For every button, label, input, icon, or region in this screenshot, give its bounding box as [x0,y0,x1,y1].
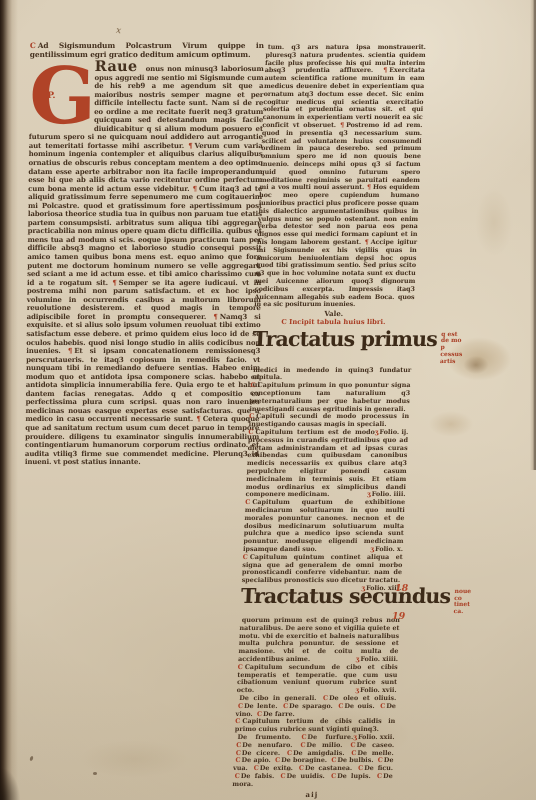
right-column: tum. q3 ars natura ipsa monstrauerit. pl… [232,44,426,799]
rubric-item: CDe nenufaro. [234,741,299,749]
rubric-item: CDe fabis. [233,772,279,780]
toc-entry: quorum primum est de quinq3 rebus non na… [238,617,400,664]
paragraph-chunk: ¶Exercitata autem scientifica ratione mu… [262,66,425,129]
rubric-item-text: De fabis. [241,772,275,780]
side-note-line: q est de mo p [440,331,461,352]
left-column: CAd Sigismundum Polcastrum Virum quippe … [25,41,264,467]
folio-number: Folio. ij. [379,428,408,436]
rubric-item: CDe apio. [233,756,273,764]
rubric-item: CDe farre. [255,710,295,718]
tractatus-side-note: q est de mo pcessus artis [440,329,464,366]
side-note-line: tinet ca. [453,601,470,615]
folio-number: Folio. xxii. [358,733,395,741]
folio-number: Folio. xiiii. [360,655,398,663]
tractatus-title: Tractatus secundus [240,586,450,606]
rubric-item-text: De apio. [241,756,271,764]
rubric-item-text: De bulbis. [337,756,373,764]
rubric-item: CDe castanea. [297,764,357,772]
rubric-item: CDe milio. [298,741,348,749]
rubric-item-text: De amigdalis. [293,749,345,757]
rubric-item: CDe boragine. [273,756,330,764]
toc-entry-text: quorum primum est de quinq3 rebus non na… [238,616,400,663]
marginal-folio-number: 19 [392,611,405,622]
side-note-line: noue co [454,588,471,602]
toc-entry-text: Capitulum quintum continet aliqua et sig… [241,553,402,584]
tractatus-side-note: noue cotinet ca. [453,586,471,616]
toc-entry: CCapitulum primum in quo ponuntur signa … [249,382,410,413]
paragraph-text: Exercitata autem scientifica ratione mun… [262,66,425,129]
guide-letter: P. [47,92,55,101]
parchment-stain [468,175,520,270]
rubric-item: CDe lente. [236,702,281,710]
rubric-item-text: De milio. [306,741,342,749]
parchment-stain [58,733,210,785]
rubric-item: CDe sparago. [281,702,337,710]
toc-tractatus-2b: CCapitulum tertium de cibis calidis in p… [235,718,396,734]
toc-entry-text: Capitulum tertium est de modo processus … [245,428,408,498]
rubric-item-text: De oleo et oliuis. [329,694,397,702]
rubric-item: De frumento. [234,733,299,741]
toc-entry: CCapitulum tertium de cibis calidis in p… [235,718,396,734]
rubric-item-text: De nenufaro. [242,741,293,749]
parchment-stain [458,352,494,378]
folio-number: Folio. iiii. [372,490,406,498]
toc-entry: CCapituli secundi de modo processus in i… [249,413,410,429]
capitulum-mark: C [281,318,287,326]
paragraph-chunk: ¶Et si ipsam concatenationem remissiones… [25,346,260,423]
rubric-item: CDe cicere. [234,749,286,757]
rubric-item: CDe amigdalis. [285,749,350,757]
paragraph-text: Postremo id ad rem. quod in presentia q3… [259,121,422,191]
toc-tractatus-2: quorum primum est de quinq3 rebus non na… [236,617,400,695]
toc-entry-text: Capituli secundi de modo processus in in… [249,412,410,428]
paragraph-text: Cum itaq3 ad te aliquid gratissimum ferr… [27,184,262,287]
ink-speck [29,756,34,762]
rubric-item-text: De boragine. [281,756,327,764]
tractatus-secundus-heading: Tractatus secundus noue cotinet ca. [240,586,361,616]
signature-mark: aij [232,790,392,799]
rubric-item-text: De lupis. [337,772,371,780]
toc-tractatus-1: medici in medendo in quinq3 fundatur cap… [241,367,411,585]
paragraph-chunk: ¶Accipe igitur mi Sigismunde ex his vigi… [254,238,417,308]
rubric-item-text: De ficu. [364,764,393,772]
marginal-folio-number: 18 [395,583,408,594]
rubric-item-text: De castanea. [305,764,353,772]
drop-cap-letter: G [29,51,97,142]
rubric-item-text: De cicere. [242,749,281,757]
rubric-item: De cibo in generali. [236,694,321,702]
side-note-line: cessus artis [440,351,463,365]
parchment-stain [420,406,482,442]
rubric-item: CDe melle. [349,749,394,757]
rubric-item-text: De lente. [244,702,278,710]
rubric-item-list-2: De frumento. CDe furfure. CDe nenufaro. … [232,734,394,789]
rubric-item-text: De farre. [263,710,295,718]
paragraph-text: Et si ipsam concatenationem remissionesq… [25,346,260,423]
rubric-item-text: De cibo in generali. [239,694,317,702]
toc-entry-text: medici in medendo in quinq3 fundatur cap… [251,366,412,382]
paragraph-chunk: ¶Cetera quoque que ad sanitatum rectum u… [25,414,260,466]
drop-cap-initial-g: GP. [29,66,88,126]
toc-entry-text: Capitulum primum in quo ponuntur signa c… [249,381,410,412]
rubric-item: CDe caseo. [348,741,394,749]
book-gutter-shadow [0,0,18,800]
paragraph-chunk: ¶Cum itaq3 ad te aliquid gratissimum fer… [27,184,262,287]
ink-mark: x [115,26,121,37]
paragraph-text: Accipe igitur mi Sigismunde ex his vigil… [254,238,417,308]
left-body-text: GP.Raue onus non minusq3 laboriosum opus… [25,63,264,467]
paragraph-text: Hos equidem hoc meo opere cupiendum huma… [257,183,420,246]
toc-entry: CCapitulum quintum continet aliqua et si… [241,554,402,585]
rubric-item: CDe oleo et oliuis. [321,694,397,702]
rubric-item: CDe uuidis. [278,772,329,780]
rubric-item-text: De melle. [357,749,394,757]
capitulum-mark: C [30,41,38,50]
rubric-item: CDe ouis. [336,702,378,710]
toc-entry-text: Capitulum quartum de exhibitione medicin… [243,498,405,553]
toc-entry: CCapitulum secundum de cibo et cibis tem… [236,664,397,695]
rubric-item-text: De sparago. [289,702,333,710]
toc-entry: CCapitulum quartum de exhibitione medici… [243,499,405,554]
rubric-item: CDe furfure. [299,733,353,741]
rubric-item: CDe exito. [252,764,297,772]
tractatus-primus-heading: Tractatus primus q est de mo pcessus art… [251,329,413,366]
paragraph-text: Cetera quoque que ad sanitatum rectum us… [25,414,260,466]
rubric-item-text: De furfure. [307,733,353,741]
folio-number: Folio. x. [375,545,403,553]
page-edge-shadow [530,0,536,470]
rubric-item-text: De exito. [260,764,293,772]
right-body-text: tum. q3 ars natura ipsa monstrauerit. pl… [254,44,426,309]
folio-mark [408,405,409,413]
tractatus-title: Tractatus primus [252,329,437,349]
toc-entry-text: Capitulum tertium de cibis calidis in pr… [235,717,396,733]
corner-shadow [0,758,26,800]
rubric-item: CDe ficu. [356,764,393,772]
incipit-text: Incipit tabula huius libri. [289,318,386,326]
rubric-item-text: De frumento. [237,733,291,741]
rubric-item-text: De uuidis. [286,772,325,780]
folio-number: Folio. xvii. [360,686,397,694]
vale-closing: Vale. [254,309,414,318]
ink-speck [93,772,97,775]
folio-mark [410,373,411,381]
rubric-item: CDe lupis. [329,772,375,780]
toc-entry: CCapitulum tertium est de modo processus… [245,429,408,499]
paragraph-chunk: ¶Hos equidem hoc meo opere cupiendum hum… [257,183,420,246]
rubric-item: CDe bulbis. [329,756,376,764]
rubric-item-list-1: De cibo in generali. CDe oleo et oliuis.… [235,695,396,718]
paragraph-chunk: ¶Postremo id ad rem. quod in presentia q… [259,121,422,191]
rubric-item-text: De caseo. [356,741,394,749]
rubric-item-text: De ouis. [344,702,375,710]
toc-entry: medici in medendo in quinq3 fundatur cap… [251,367,412,383]
